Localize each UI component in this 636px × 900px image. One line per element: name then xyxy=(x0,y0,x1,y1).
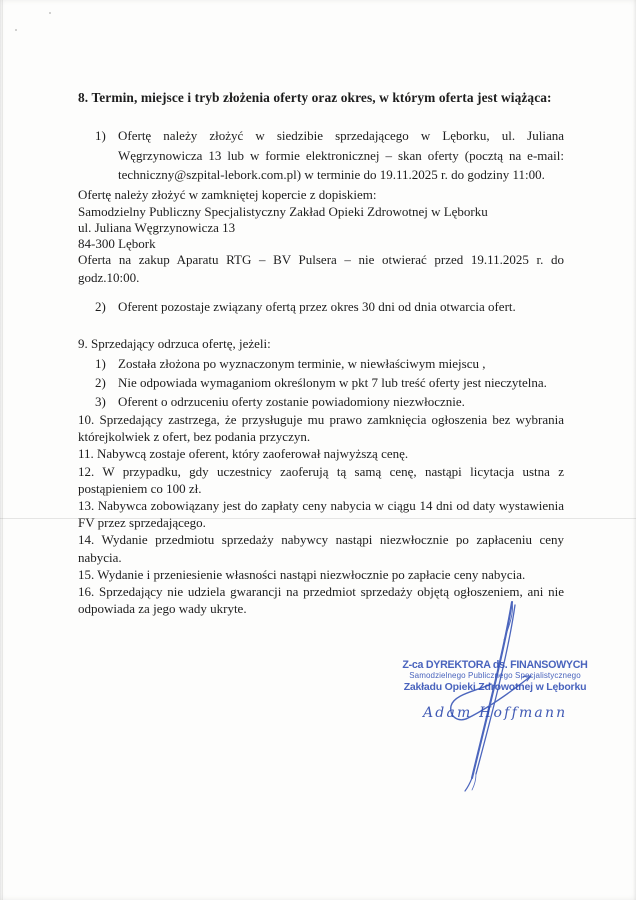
address-line-1: Samodzielny Publiczny Specjalistyczny Za… xyxy=(78,204,564,220)
clause-15: 15. Wydanie i przeniesienie własności na… xyxy=(78,566,564,583)
list-number: 2) xyxy=(95,373,118,392)
clause-10: 10. Sprzedający zastrzega, że przysługuj… xyxy=(78,411,564,445)
section-8-heading: 8. Termin, miejsce i tryb złożenia ofert… xyxy=(78,88,564,108)
scanned-page: 8. Termin, miejsce i tryb złożenia ofert… xyxy=(0,0,636,900)
director-stamp: Z-ca DYREKTORA ds. FINANSOWYCH Samodziel… xyxy=(386,659,604,693)
stamp-org-line-2: Zakładu Opieki Zdrowotnej w Lęborku xyxy=(386,681,604,693)
stamp-org-line-1: Samodzielnego Publicznego Specjalistyczn… xyxy=(386,671,604,681)
section-9-item: 3) Oferent o odrzuceniu oferty zostanie … xyxy=(78,392,564,411)
section-8-item-2: 2) Oferent pozostaje związany ofertą prz… xyxy=(78,297,564,317)
document-body: 8. Termin, miejsce i tryb złożenia ofert… xyxy=(78,88,564,617)
list-item-text: Została złożona po wyznaczonym terminie,… xyxy=(118,354,564,373)
stamp-title-line: Z-ca DYREKTORA ds. FINANSOWYCH xyxy=(389,659,600,671)
clause-14: 14. Wydanie przedmiotu sprzedaży nabywcy… xyxy=(78,531,564,565)
handwritten-signature-name: Adam Hoffmann xyxy=(423,705,567,721)
clause-12: 12. W przypadku, gdy uczestnicy zaoferuj… xyxy=(78,463,564,497)
clause-13: 13. Nabywca zobowiązany jest do zapłaty … xyxy=(78,497,564,531)
list-number: 1) xyxy=(95,126,118,185)
envelope-intro: Ofertę należy złożyć w zamkniętej koperc… xyxy=(78,185,564,205)
address-line-3: 84-300 Lębork xyxy=(78,236,564,252)
list-item-text: Oferent pozostaje związany ofertą przez … xyxy=(118,297,564,317)
scan-artifact-vertical-line xyxy=(2,0,3,900)
section-9-item: 1) Została złożona po wyznaczonym termin… xyxy=(78,354,564,373)
list-item-text: Oferent o odrzuceniu oferty zostanie pow… xyxy=(118,392,564,411)
section-8-item-1: 1) Ofertę należy złożyć w siedzibie sprz… xyxy=(78,126,564,185)
list-number: 3) xyxy=(95,392,118,411)
list-number: 1) xyxy=(95,354,118,373)
address-line-2: ul. Juliana Węgrzynowicza 13 xyxy=(78,220,564,236)
section-9-item: 2) Nie odpowiada wymaganiom określonym w… xyxy=(78,373,564,392)
clause-11: 11. Nabywcą zostaje oferent, który zaofe… xyxy=(78,445,564,462)
scan-dust-speck xyxy=(15,29,17,31)
list-item-text: Ofertę należy złożyć w siedzibie sprzeda… xyxy=(118,126,564,185)
scan-dust-speck xyxy=(49,12,51,14)
envelope-note: Oferta na zakup Aparatu RTG – BV Pulsera… xyxy=(78,251,564,286)
list-item-text: Nie odpowiada wymaganiom określonym w pk… xyxy=(118,373,564,392)
section-9-heading: 9. Sprzedający odrzuca ofertę, jeżeli: xyxy=(78,335,564,352)
list-number: 2) xyxy=(95,297,118,317)
clause-16: 16. Sprzedający nie udziela gwarancji na… xyxy=(78,583,564,617)
